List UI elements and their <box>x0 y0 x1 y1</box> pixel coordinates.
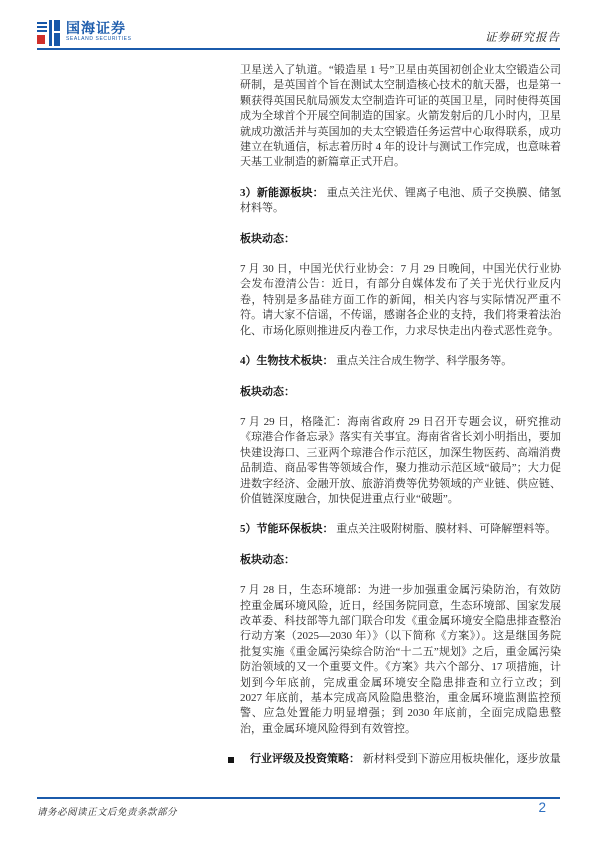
section-lead-biotech-label: 4）生物技术板块： <box>240 355 334 367</box>
subhead-sector-dynamics-3: 板块动态： <box>240 553 561 568</box>
brand-name-en: SEALAND SECURITIES <box>66 36 132 43</box>
report-type-label: 证券研究报告 <box>485 29 560 45</box>
brand-text: 国海证券 SEALAND SECURITIES <box>66 20 132 43</box>
header-divider <box>37 48 560 50</box>
subhead-sector-dynamics-1: 板块动态： <box>240 232 561 247</box>
bullet-investment-strategy-line: 行业评级及投资策略： 新材料受到下游应用板块催化，逐步放量迎 <box>250 752 561 767</box>
section-lead-energy-saving: 5）节能环保板块： 重点关注吸附树脂、膜材料、可降解塑料等。 <box>240 522 561 537</box>
footer-divider <box>37 797 560 799</box>
subhead-sector-dynamics-2: 板块动态： <box>240 385 561 400</box>
paragraph-pv-association: 7 月 30 日，中国光伏行业协会：7 月 29 日晚间，中国光伏行业协会发布澄… <box>240 262 561 339</box>
paragraph-heavy-metal-plan: 7 月 28 日，生态环境部：为进一步加强重金属污染防治，有效防控重金属环境风险… <box>240 583 561 737</box>
section-lead-biotech: 4）生物技术板块： 重点关注合成生物学、科学服务等。 <box>240 354 561 369</box>
section-lead-new-energy: 3）新能源板块： 重点关注光伏、锂离子电池、质子交换膜、储氢材料等。 <box>240 186 561 217</box>
brand-name-cn: 国海证券 <box>66 20 132 36</box>
report-body: 卫星送入了轨道。“锻造星 1 号”卫星由英国初创企业太空锻造公司研制，是英国首个… <box>240 63 561 768</box>
brand-logo: 国海证券 SEALAND SECURITIES <box>37 20 132 46</box>
report-page: 国海证券 SEALAND SECURITIES 证券研究报告 卫星送入了轨道。“… <box>0 0 595 841</box>
bullet-investment-strategy: 行业评级及投资策略： 新材料受到下游应用板块催化，逐步放量迎 <box>228 752 561 767</box>
page-number: 2 <box>538 800 546 815</box>
bullet-investment-strategy-label: 行业评级及投资策略： <box>250 753 360 765</box>
square-bullet-icon <box>228 757 234 763</box>
paragraph-satellite-news: 卫星送入了轨道。“锻造星 1 号”卫星由英国初创企业太空锻造公司研制，是英国首个… <box>240 63 561 171</box>
sealand-logo-icon <box>37 20 61 46</box>
paragraph-hainan-meeting: 7 月 29 日，格隆汇：海南省政府 29 日召开专题会议，研究推动《琼港合作备… <box>240 415 561 507</box>
section-lead-energy-saving-label: 5）节能环保板块： <box>240 523 334 535</box>
section-lead-energy-saving-text: 重点关注吸附树脂、膜材料、可降解塑料等。 <box>334 523 557 535</box>
footer-disclaimer: 请务必阅读正文后免责条款部分 <box>37 804 177 818</box>
section-lead-biotech-text: 重点关注合成生物学、科学服务等。 <box>334 355 513 367</box>
section-lead-new-energy-label: 3）新能源板块： <box>240 187 324 199</box>
bullet-investment-strategy-text: 新材料受到下游应用板块催化，逐步放量迎 <box>360 753 561 765</box>
